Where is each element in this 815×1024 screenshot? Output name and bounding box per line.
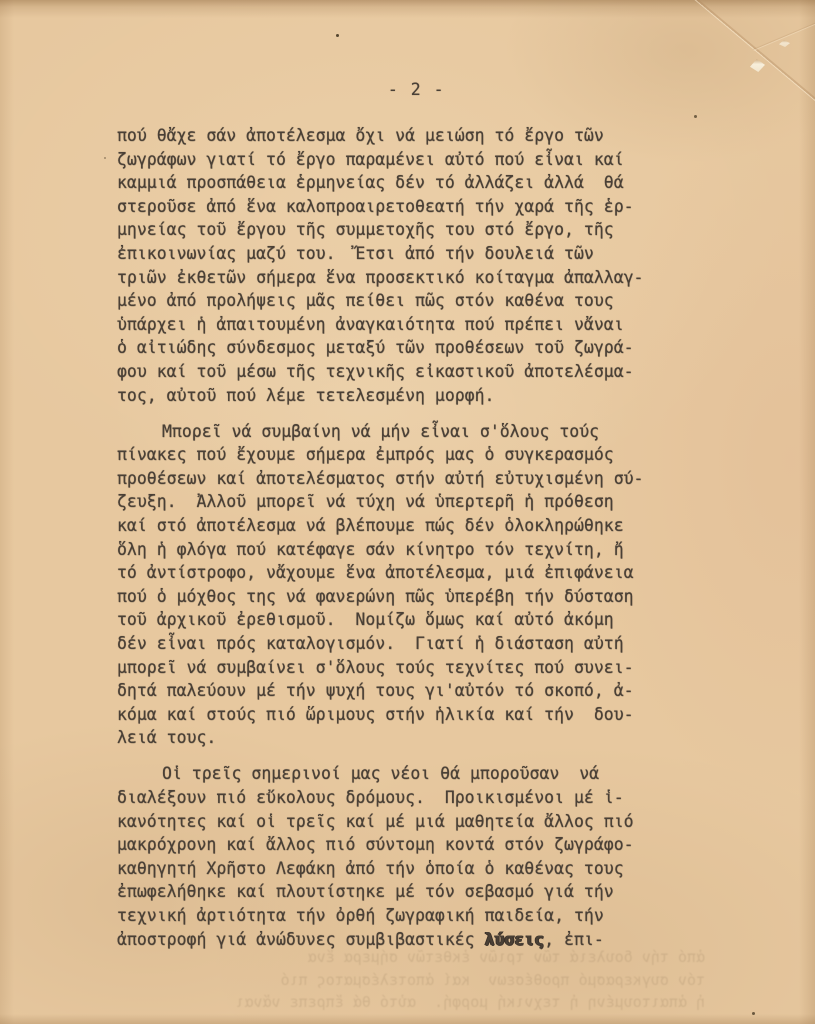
text-line: κόμα καί στούς πιό ὥριμους στήν ἡλικία κ… (117, 703, 717, 727)
text-line: Μπορεῖ νά συμβαίνη νά μήν εἶναι σ'ὅλους … (117, 420, 717, 444)
text-line: ὑπάρχει ἡ ἀπαιτουμένη ἀναγκαιότητα πού π… (117, 313, 717, 337)
text-line: Οἱ τρεῖς σημερινοί μας νέοι θά μποροῦσαν… (117, 762, 717, 786)
bleedthrough-text: ἀπό τήν δουλειά τῶν τριῶν ἐκθετῶν σήμερα… (125, 946, 705, 1014)
text-line: προθέσεων καί ἀποτελέσματος στήν αὐτή εὐ… (117, 467, 717, 491)
paper-chip-small (779, 40, 790, 47)
text-line: μένο ἀπό προλήψεις μᾶς πείθει πῶς στόν κ… (117, 289, 717, 313)
text-line: πίνακες πού ἔχουμε σήμερα ἐμπρός μας ὁ σ… (117, 443, 717, 467)
paper-sheet: - 2 - πού θἄχε σάν ἀποτέλεσμα ὄχι νά μει… (0, 0, 815, 1024)
text-line: τος, αὐτοῦ πού λέμε τετελεσμένη μορφή. (117, 384, 717, 408)
text-line: μηνείας τοῦ ἔργου τῆς συμμετοχῆς του στό… (117, 218, 717, 242)
ink-speck (694, 115, 697, 118)
text-line: διαλέξουν πιό εὔκολους δρόμους. Προικισμ… (117, 786, 717, 810)
text-line: ζευξη. Ἀλλοῦ μπορεῖ νά τύχη νά ὑπερτερῆ … (117, 490, 717, 514)
bleedthrough-line: ἀπό τήν δουλειά τῶν τριῶν ἐκθετῶν σήμερα… (125, 946, 705, 969)
ink-speck (104, 157, 106, 159)
text-line: τοῦ ἀρχικοῦ ἐρεθισμοῦ. Νομίζω ὅμως καί α… (117, 608, 717, 632)
text-line: ὁ αἰτιώδης σύνδεσμος μεταξύ τῶν προθέσεω… (117, 336, 717, 360)
paragraph: πού θἄχε σάν ἀποτέλεσμα ὄχι νά μειώση τό… (117, 124, 717, 407)
text-line: ὅλη ἡ φλόγα πού κατέφαγε σάν κίνητρο τόν… (117, 538, 717, 562)
text-line: καθηγητή Χρῆστο Λεφάκη ἀπό τήν ὁποία ὁ κ… (117, 857, 717, 881)
text-line: ἐπωφελήθηκε καί πλουτίστηκε μέ τόν σεβασ… (117, 880, 717, 904)
text-line: καμμιά προσπάθεια ἑρμηνείας δέν τό ἀλλάζ… (117, 171, 717, 195)
text-line: φου καί τοῦ μέσω τῆς τεχνικῆς εἰκαστικοῦ… (117, 360, 717, 384)
text-line: τριῶν ἐκθετῶν σήμερα ἕνα προσεκτικό κοίτ… (117, 266, 717, 290)
bleedthrough-line: τόν συγκερασμό προθέσεων καί ἀποτελέσματ… (125, 969, 705, 992)
ink-speck (752, 1012, 755, 1015)
text-line: στεροῦσε ἀπό ἕνα καλοπροαιρετοθεατή τήν … (117, 195, 717, 219)
text-line: πού ὁ μόχθος της νά φανερώνη πῶς ὑπερέβη… (117, 585, 717, 609)
text-line: κανότητες καί οἱ τρεῖς καί μέ μιά μαθητε… (117, 810, 717, 834)
typed-text: πού θἄχε σάν ἀποτέλεσμα ὄχι νά μειώση τό… (117, 124, 717, 951)
paper-chip (750, 59, 765, 72)
page-number: - 2 - (0, 80, 815, 99)
text-line: καί στό ἀποτέλεσμα νά βλέπουμε πώς δέν ὁ… (117, 514, 717, 538)
paragraph: Μπορεῖ νά συμβαίνη νά μήν εἶναι σ'ὅλους … (117, 420, 717, 750)
paragraph: Οἱ τρεῖς σημερινοί μας νέοι θά μποροῦσαν… (117, 762, 717, 951)
text-line: λειά τους. (117, 726, 717, 750)
text-line: ζωγράφων γιατί τό ἔργο παραμένει αὐτό πο… (117, 148, 717, 172)
text-line: μακρόχρονη καί ἄλλος πιό σύντομη κοντά σ… (117, 833, 717, 857)
text-line: τό ἀντίστροφο, νἄχουμε ἕνα ἀποτέλεσμα, μ… (117, 561, 717, 585)
text-line: τεχνική ἀρτιότητα τήν ὀρθή ζωγραφική παι… (117, 904, 717, 928)
text-line: μπορεῖ νά συμβαίνει σ'ὅλους τούς τεχνίτε… (117, 656, 717, 680)
text-line: δέν εἶναι πρός καταλογισμόν. Γιατί ἡ διά… (117, 632, 717, 656)
text-line: ἐπικοινωνίας μαζύ του. Ἔτσι ἀπό τήν δουλ… (117, 242, 717, 266)
ink-speck (336, 34, 339, 37)
text-line: πού θἄχε σάν ἀποτέλεσμα ὄχι νά μειώση τό… (117, 124, 717, 148)
text-line: δητά παλεύουν μέ τήν ψυχή τους γι'αὐτόν … (117, 679, 717, 703)
bleedthrough-line: ἡ ἀπαιτουμένη ἡ τεχνική μορφή. αὐτό θά ἔ… (125, 991, 705, 1014)
